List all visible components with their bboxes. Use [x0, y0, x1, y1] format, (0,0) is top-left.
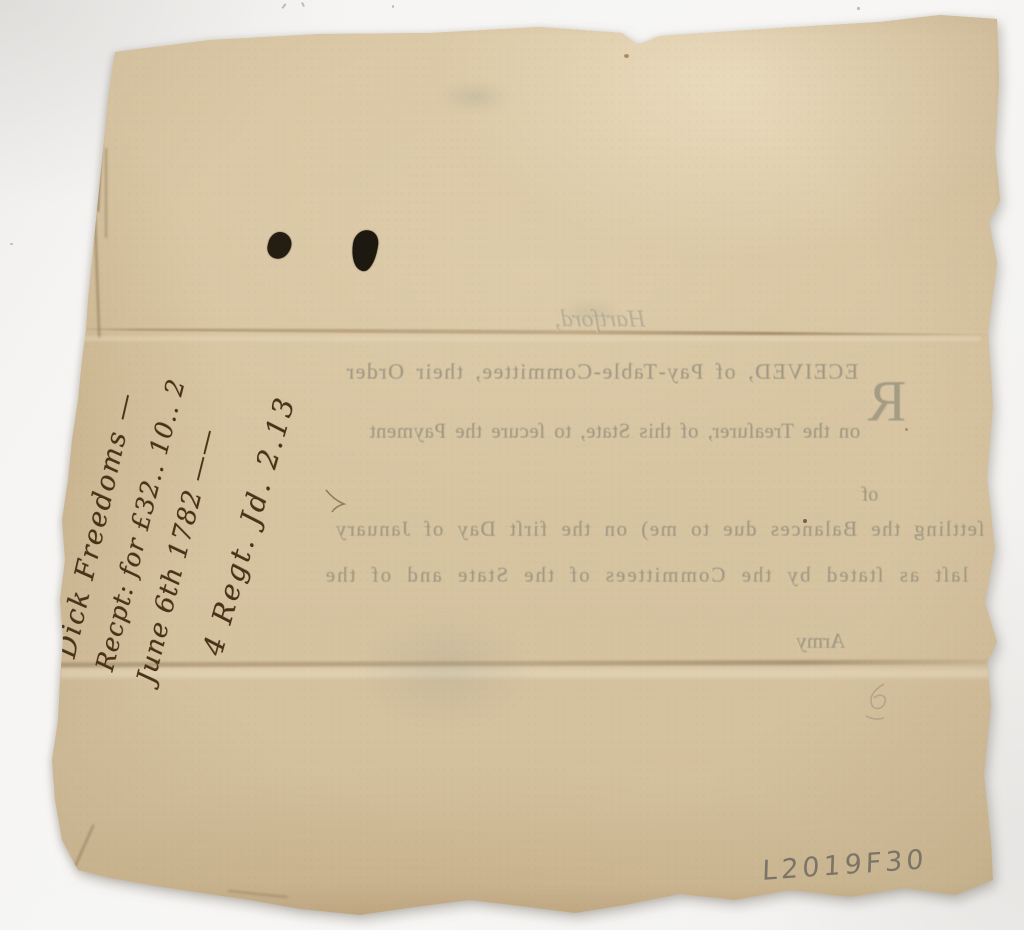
- scan-canvas: Hartford, R ECEIVED, of Pay-Table-Commit…: [0, 0, 1024, 930]
- paper-fleck: [905, 428, 908, 431]
- paper-fleck: [803, 519, 807, 523]
- left-edge-crevice: [105, 148, 107, 238]
- ink-flourish: [322, 488, 348, 514]
- paper-shadow-wrap: Hartford, R ECEIVED, of Pay-Table-Commit…: [0, 0, 1024, 930]
- paper-fleck: [624, 54, 629, 58]
- document-paper: Hartford, R ECEIVED, of Pay-Table-Commit…: [0, 0, 1024, 930]
- pencil-squiggle: [858, 680, 902, 726]
